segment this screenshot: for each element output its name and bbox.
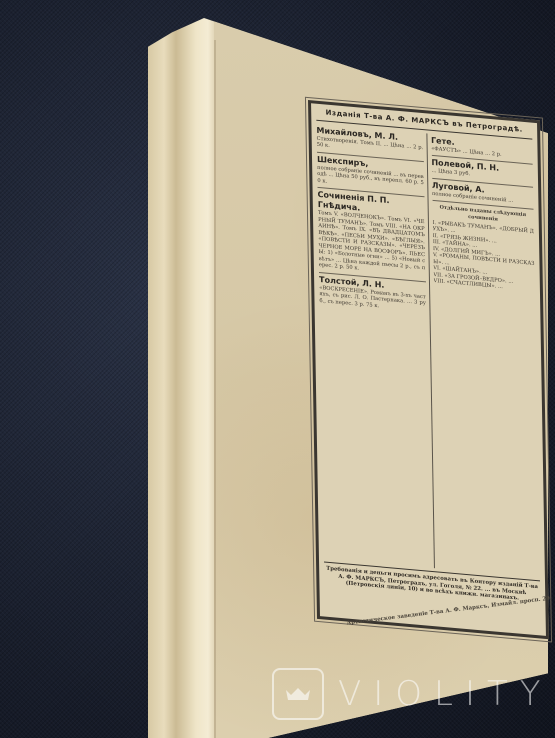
publisher-advertisement: Изданія Т-ва А. Ф. МАРКСЪ въ Петроградѣ.…	[308, 100, 549, 639]
entry-text: Томъ V. «ВОЛЧЕНОКЪ». Томъ VI. «ЧЕРНЫЙ ТУ…	[318, 210, 426, 278]
crown-icon	[284, 686, 312, 702]
ad-entry: Сочиненія П. П. Гнѣдича. Томъ V. «ВОЛЧЕН…	[318, 188, 426, 282]
watermark-logo	[272, 668, 324, 720]
ad-left-column: Михайловъ, М. Л. Стихотворенія. Томъ II.…	[316, 123, 434, 567]
watermark: VIOLITY	[272, 668, 553, 720]
watermark-text: VIOLITY	[338, 674, 553, 714]
cover-crease	[214, 40, 216, 738]
ad-right-column: Гете. «ФАУСТЪ» ... Цѣна ... 2 р. Полевой…	[431, 134, 540, 578]
